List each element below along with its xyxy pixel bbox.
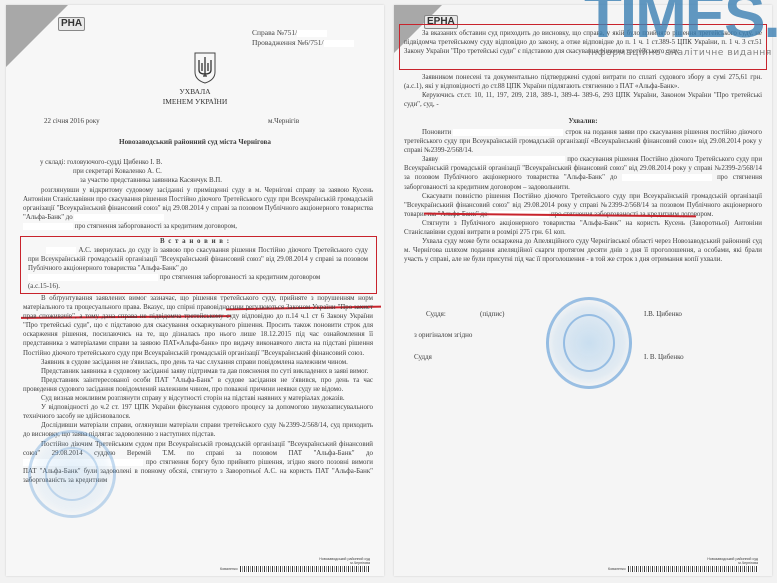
court-seal [546,297,632,389]
body-paragraphs: Заявником понесені та документально підт… [404,73,762,109]
intro-paragraph: розглянувши у відкритому судовому засіда… [23,186,373,231]
judge-label: Суддя: [426,310,446,319]
established-heading: В с т а н о в и в : [6,237,384,246]
site-watermark: TIMES.ZT Інформаційно-аналітичне видання [580,0,777,56]
judge-name-2: І. В. Цибенко [644,353,684,362]
resolution-paragraphs: Поновити строк на подання заяви про скас… [404,128,762,264]
proceeding-number: Провадження №6/751/ [252,38,354,47]
copy-note: з оригіналом згідно [414,331,472,340]
document-page-left: РНА Справа №751/ Провадження №6/751/ УХВ… [6,5,384,576]
redacted-block [324,40,354,47]
document-title: УХВАЛА [6,87,384,96]
watermark-tagline: Інформаційно-аналітичне видання [588,47,772,58]
case-number: Справа №751/ [252,28,327,37]
page-corner-fold [6,5,68,67]
court-composition: у складі: головуючого-судді Цибенко І. В… [40,158,360,185]
boxed-paragraph: А.С. звернулась до суду із заявою про ск… [28,246,368,291]
resolved-heading: Ухвалив: [394,117,772,126]
document-date: 22 січня 2016 року [44,117,100,126]
redacted-block [23,223,73,230]
judge-label-2: Суддя [414,353,432,362]
redacted-block [28,274,158,281]
court-name: Новозаводський районний суд міста Черніг… [6,138,384,147]
watermark-logo: TIMES.ZT [584,0,777,48]
judge-name: І.В. Цибенко [644,310,682,319]
signed-note: (підпис) [480,310,505,319]
document-page-right: ЕРНА За вказаних обставин суд приходить … [394,5,772,576]
redacted-block [46,247,76,254]
court-seal [28,430,116,518]
redacted-block [74,214,164,221]
barcode [240,566,370,572]
barcode-block: Новозаводський районний суд м.Чернігова … [220,557,370,572]
redacted-block [297,30,327,37]
redacted-block [440,156,565,163]
redacted-block [622,174,712,181]
barcode [628,566,758,572]
coat-of-arms-icon [193,52,217,84]
document-subtitle: ІМЕНЕМ УКРАЇНИ [6,97,384,106]
redacted-block [453,129,563,136]
copy-stamp-label: РНА [58,17,85,31]
document-city: м.Чернігів [268,117,299,126]
barcode-block: Новозаводський районний суд м.Чернігова … [608,557,758,572]
